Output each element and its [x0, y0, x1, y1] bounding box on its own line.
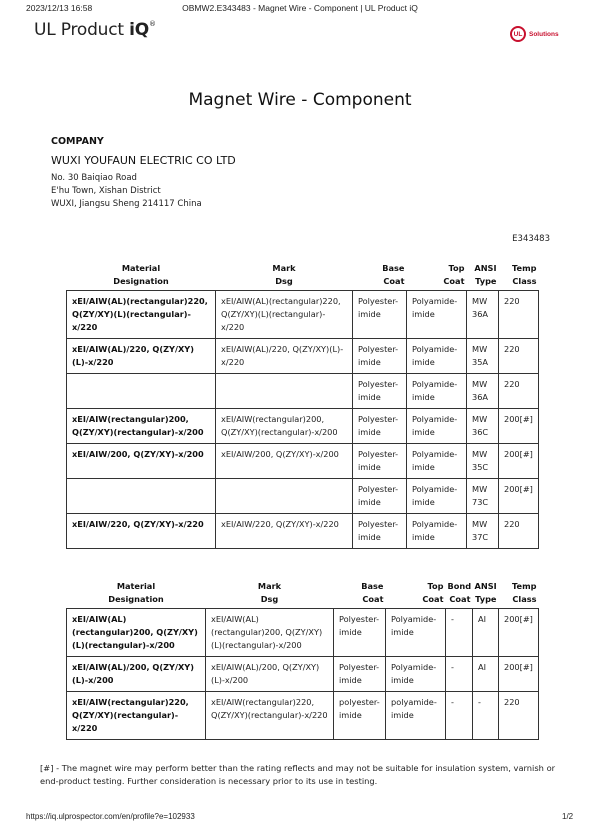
- table-row: Polyester-imidePolyamide-imideMW 73C200[…: [67, 479, 539, 514]
- table-row: xEI/AIW/220, Q(ZY/XY)-x/220xEI/AIW/220, …: [67, 514, 539, 549]
- header-line: Designation: [108, 594, 163, 604]
- cell-base-coat: Polyester-imide: [334, 609, 386, 657]
- cell-bond-coat: -: [446, 657, 473, 692]
- print-page-title: OBMW2.E343483 - Magnet Wire - Component …: [0, 3, 600, 13]
- header-line: Class: [512, 594, 536, 604]
- print-page-number: 1/2: [562, 812, 573, 821]
- header-line: Type: [475, 594, 496, 604]
- cell-mark-dsg: xEI/AIW(rectangular)220, Q(ZY/XY)(rectan…: [206, 692, 334, 740]
- header-line: Coat: [449, 594, 470, 604]
- cell-temp-class: 220: [499, 692, 539, 740]
- header-line: Coat: [362, 594, 383, 604]
- magnet-wire-table-1: MaterialDesignationMarkDsgBaseCoatTopCoa…: [66, 262, 539, 549]
- table-row: xEI/AIW/200, Q(ZY/XY)-x/200xEI/AIW/200, …: [67, 444, 539, 479]
- table-header-row: MaterialDesignationMarkDsgBaseCoatTopCoa…: [67, 580, 539, 609]
- table-row: xEI/AIW(rectangular)200, Q(ZY/XY)(rectan…: [67, 409, 539, 444]
- header-line: ANSI: [474, 263, 496, 273]
- cell-mark-dsg: xEI/AIW(AL)(rectangular)220, Q(ZY/XY)(L)…: [216, 291, 353, 339]
- cell-top-coat: polyamide-imide: [386, 692, 446, 740]
- cell-material-designation: [67, 374, 216, 409]
- cell-mark-dsg: xEI/AIW/220, Q(ZY/XY)-x/220: [216, 514, 353, 549]
- header-line: Dsg: [261, 594, 279, 604]
- column-header-top-coat: TopCoat: [386, 580, 446, 609]
- header-line: Top: [428, 581, 444, 591]
- column-header-base-coat: BaseCoat: [353, 262, 407, 291]
- cell-temp-class: 200[#]: [499, 444, 539, 479]
- cell-mark-dsg: xEI/AIW(AL)/220, Q(ZY/XY)(L)-x/220: [216, 339, 353, 374]
- cell-base-coat: Polyester-imide: [353, 479, 407, 514]
- cell-ansi-type: AI: [473, 657, 499, 692]
- file-number: E343483: [0, 234, 550, 244]
- cell-material-designation: [67, 479, 216, 514]
- column-header-top-coat: TopCoat: [407, 262, 467, 291]
- cell-temp-class: 200[#]: [499, 657, 539, 692]
- cell-mark-dsg: [216, 479, 353, 514]
- table-row: xEI/AIW(rectangular)220, Q(ZY/XY)(rectan…: [67, 692, 539, 740]
- ul-product-iq-logo[interactable]: UL Product iQ®: [34, 20, 156, 40]
- cell-top-coat: Polyamide-imide: [386, 609, 446, 657]
- header-line: Type: [475, 276, 496, 286]
- cell-material-designation: xEI/AIW(AL)/220, Q(ZY/XY)(L)-x/220: [67, 339, 216, 374]
- cell-temp-class: 200[#]: [499, 479, 539, 514]
- cell-ansi-type: MW 37C: [467, 514, 499, 549]
- page-title: Magnet Wire - Component: [0, 90, 600, 110]
- cell-mark-dsg: xEI/AIW(AL)/200, Q(ZY/XY)(L)-x/200: [206, 657, 334, 692]
- cell-ansi-type: MW 35C: [467, 444, 499, 479]
- cell-ansi-type: MW 36A: [467, 291, 499, 339]
- cell-base-coat: Polyester-imide: [353, 409, 407, 444]
- column-header-material-designation: MaterialDesignation: [67, 262, 216, 291]
- header-line: Coat: [422, 594, 443, 604]
- print-footer-url: https://iq.ulprospector.com/en/profile?e…: [26, 812, 195, 821]
- table-row: xEI/AIW(AL)(rectangular)200, Q(ZY/XY)(L)…: [67, 609, 539, 657]
- cell-mark-dsg: [216, 374, 353, 409]
- column-header-ansi-type: ANSIType: [473, 580, 499, 609]
- cell-base-coat: Polyester-imide: [353, 514, 407, 549]
- ul-solutions-logo[interactable]: UL Solutions: [510, 26, 559, 42]
- cell-base-coat: Polyester-imide: [353, 444, 407, 479]
- header-line: Bond: [448, 581, 472, 591]
- cell-bond-coat: -: [446, 692, 473, 740]
- header-line: Temp: [512, 263, 536, 273]
- cell-material-designation: xEI/AIW/200, Q(ZY/XY)-x/200: [67, 444, 216, 479]
- cell-base-coat: polyester-imide: [334, 692, 386, 740]
- header-line: Material: [117, 581, 155, 591]
- table-row: xEI/AIW(AL)/220, Q(ZY/XY)(L)-x/220xEI/AI…: [67, 339, 539, 374]
- cell-ansi-type: -: [473, 692, 499, 740]
- cell-material-designation: xEI/AIW/220, Q(ZY/XY)-x/220: [67, 514, 216, 549]
- cell-ansi-type: MW 73C: [467, 479, 499, 514]
- header-line: ANSI: [475, 581, 497, 591]
- table-header-row: MaterialDesignationMarkDsgBaseCoatTopCoa…: [67, 262, 539, 291]
- column-header-temp-class: TempClass: [499, 262, 539, 291]
- header-line: Temp: [512, 581, 536, 591]
- cell-base-coat: Polyester-imide: [353, 291, 407, 339]
- column-header-ansi-type: ANSIType: [467, 262, 499, 291]
- column-header-mark-dsg: MarkDsg: [216, 262, 353, 291]
- cell-base-coat: Polyester-imide: [353, 374, 407, 409]
- cell-mark-dsg: xEI/AIW/200, Q(ZY/XY)-x/200: [216, 444, 353, 479]
- cell-top-coat: Polyamide-imide: [386, 657, 446, 692]
- cell-top-coat: Polyamide-imide: [407, 479, 467, 514]
- cell-top-coat: Polyamide-imide: [407, 409, 467, 444]
- header-line: Dsg: [275, 276, 293, 286]
- table-row: xEI/AIW(AL)(rectangular)220, Q(ZY/XY)(L)…: [67, 291, 539, 339]
- address-line-2: E'hu Town, Xishan District: [51, 186, 161, 196]
- cell-temp-class: 220: [499, 514, 539, 549]
- cell-ansi-type: MW 36C: [467, 409, 499, 444]
- cell-base-coat: Polyester-imide: [353, 339, 407, 374]
- cell-temp-class: 220: [499, 374, 539, 409]
- address-line-3: WUXI, Jiangsu Sheng 214117 China: [51, 199, 202, 209]
- company-label: COMPANY: [51, 136, 104, 147]
- cell-temp-class: 200[#]: [499, 409, 539, 444]
- column-header-base-coat: BaseCoat: [334, 580, 386, 609]
- header-line: Class: [512, 276, 536, 286]
- cell-base-coat: Polyester-imide: [334, 657, 386, 692]
- cell-mark-dsg: xEI/AIW(AL)(rectangular)200, Q(ZY/XY)(L)…: [206, 609, 334, 657]
- registered-mark: ®: [149, 20, 156, 28]
- column-header-bond-coat: BondCoat: [446, 580, 473, 609]
- magnet-wire-table-2: MaterialDesignationMarkDsgBaseCoatTopCoa…: [66, 580, 539, 740]
- cell-mark-dsg: xEI/AIW(rectangular)200, Q(ZY/XY)(rectan…: [216, 409, 353, 444]
- company-name: WUXI YOUFAUN ELECTRIC CO LTD: [51, 154, 236, 167]
- cell-ansi-type: MW 36A: [467, 374, 499, 409]
- cell-ansi-type: MW 35A: [467, 339, 499, 374]
- cell-temp-class: 200[#]: [499, 609, 539, 657]
- ul-circle-icon: UL: [510, 26, 526, 42]
- header-line: Material: [122, 263, 160, 273]
- cell-material-designation: xEI/AIW(rectangular)220, Q(ZY/XY)(rectan…: [67, 692, 206, 740]
- cell-material-designation: xEI/AIW(rectangular)200, Q(ZY/XY)(rectan…: [67, 409, 216, 444]
- cell-top-coat: Polyamide-imide: [407, 291, 467, 339]
- cell-ansi-type: AI: [473, 609, 499, 657]
- cell-top-coat: Polyamide-imide: [407, 374, 467, 409]
- column-header-mark-dsg: MarkDsg: [206, 580, 334, 609]
- cell-bond-coat: -: [446, 609, 473, 657]
- header-line: Mark: [258, 581, 281, 591]
- address-line-1: No. 30 Baiqiao Road: [51, 173, 137, 183]
- logo-iq: iQ: [129, 20, 149, 40]
- cell-material-designation: xEI/AIW(AL)(rectangular)220, Q(ZY/XY)(L)…: [67, 291, 216, 339]
- header-line: Coat: [443, 276, 464, 286]
- table-row: Polyester-imidePolyamide-imideMW 36A220: [67, 374, 539, 409]
- footnote: [#] - The magnet wire may perform better…: [40, 762, 560, 788]
- table-row: xEI/AIW(AL)/200, Q(ZY/XY)(L)-x/200xEI/AI…: [67, 657, 539, 692]
- header-line: Base: [382, 263, 404, 273]
- cell-top-coat: Polyamide-imide: [407, 339, 467, 374]
- column-header-temp-class: TempClass: [499, 580, 539, 609]
- header-line: Mark: [272, 263, 295, 273]
- header-line: Base: [361, 581, 383, 591]
- header-line: Coat: [383, 276, 404, 286]
- column-header-material-designation: MaterialDesignation: [67, 580, 206, 609]
- logo-text: UL Product: [34, 20, 129, 40]
- cell-temp-class: 220: [499, 291, 539, 339]
- header-line: Designation: [113, 276, 168, 286]
- header-line: Top: [449, 263, 465, 273]
- cell-material-designation: xEI/AIW(AL)(rectangular)200, Q(ZY/XY)(L)…: [67, 609, 206, 657]
- cell-top-coat: Polyamide-imide: [407, 514, 467, 549]
- cell-temp-class: 220: [499, 339, 539, 374]
- cell-material-designation: xEI/AIW(AL)/200, Q(ZY/XY)(L)-x/200: [67, 657, 206, 692]
- cell-top-coat: Polyamide-imide: [407, 444, 467, 479]
- ul-solutions-text: Solutions: [529, 31, 559, 38]
